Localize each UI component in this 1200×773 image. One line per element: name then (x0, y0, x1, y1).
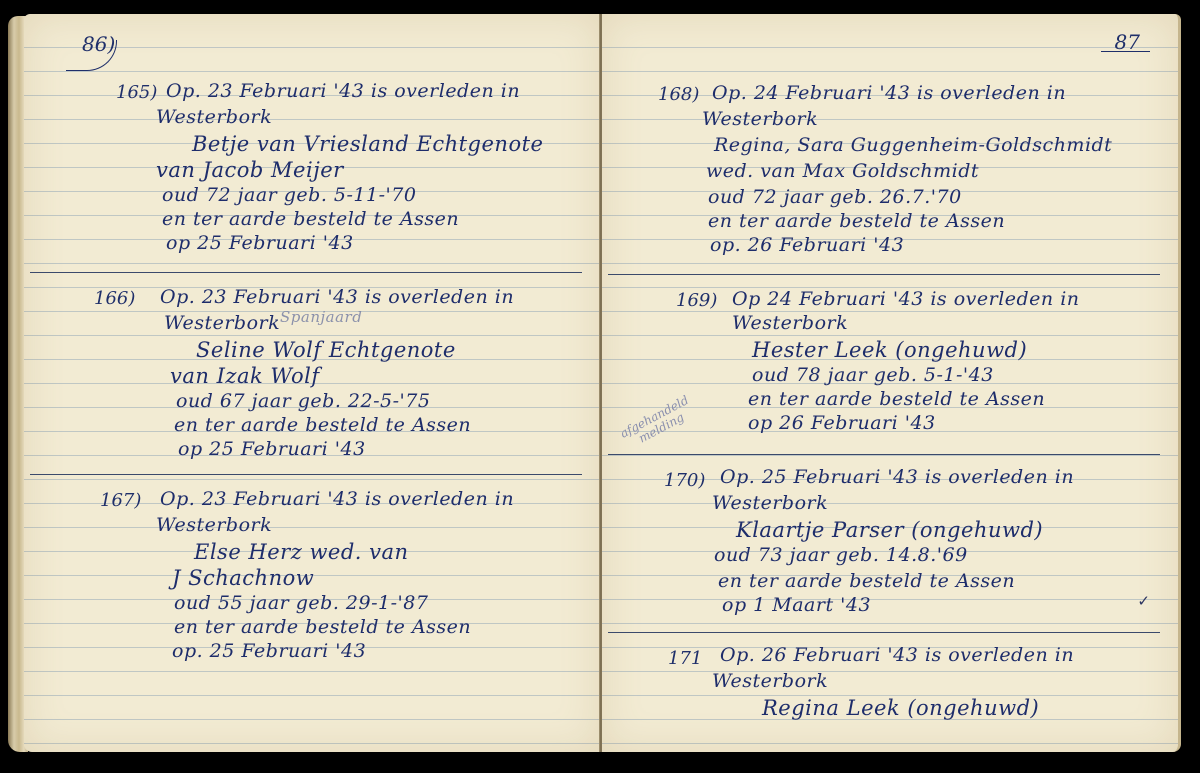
entry-spouse: wed. van Max Goldschmidt (706, 160, 979, 182)
entry-age-birth: oud 78 jaar geb. 5-1-'43 (752, 364, 994, 386)
entry-age-birth: oud 73 jaar geb. 14.8.'69 (714, 544, 968, 566)
entry-number: 166) (94, 288, 135, 309)
entry-age-birth: oud 55 jaar geb. 29-1-'87 (174, 592, 428, 614)
entry-line: Op. 23 Februari '43 is overleden in (166, 80, 520, 102)
entry-burial-date: op. 25 Februari '43 (172, 640, 366, 662)
right-page: 87 168) Op. 24 Februari '43 is overleden… (602, 14, 1181, 752)
entry-line: Westerbork (712, 670, 828, 692)
entry-burial-date: op. 26 Februari '43 (710, 234, 904, 256)
entry-number: 171 (668, 648, 702, 669)
entry-line: Westerbork (156, 514, 272, 536)
entry-burial: en ter aarde besteld te Assen (162, 208, 459, 230)
entry-burial: en ter aarde besteld te Assen (718, 570, 1015, 592)
entry-burial-date: op 26 Februari '43 (748, 412, 936, 434)
entry-spouse: van Jacob Meijer (156, 158, 344, 182)
entry-spouse: van Izak Wolf (170, 364, 320, 388)
entry-age-birth: oud 72 jaar geb. 26.7.'70 (708, 186, 962, 208)
entry-age-birth: oud 72 jaar geb. 5-11-'70 (162, 184, 416, 206)
entry-divider (30, 474, 582, 475)
entry-burial: en ter aarde besteld te Assen (748, 388, 1045, 410)
entry-name: Seline Wolf Echtgenote (196, 338, 456, 362)
entry-insertion: Spanjaard (280, 308, 362, 326)
entry-name: Hester Leek (ongehuwd) (752, 338, 1027, 362)
entry-line: Op. 25 Februari '43 is overleden in (720, 466, 1074, 488)
entry-burial: en ter aarde besteld te Assen (174, 616, 471, 638)
entry-name: Regina, Sara Guggenheim-Goldschmidt (714, 134, 1112, 156)
entry-burial: en ter aarde besteld te Assen (174, 414, 471, 436)
entry-divider (608, 274, 1160, 275)
entry-age-birth: oud 67 jaar geb. 22-5-'75 (176, 390, 430, 412)
entry-divider (608, 632, 1160, 633)
entry-name: Betje van Vriesland Echtgenote (192, 132, 543, 156)
entry-line: Westerbork (164, 312, 280, 334)
entry-burial-date: op 25 Februari '43 (166, 232, 354, 254)
entry-line: Op. 23 Februari '43 is overleden in (160, 286, 514, 308)
entry-name: Else Herz wed. van (194, 540, 409, 564)
entry-divider (608, 454, 1160, 455)
entry-name: Regina Leek (ongehuwd) (762, 696, 1039, 720)
entry-number: 165) (116, 82, 157, 103)
margin-annotation: afgehandeld melding (618, 394, 697, 452)
entry-line: Op. 26 Februari '43 is overleden in (720, 644, 1074, 666)
left-page: 86) 165) Op. 23 Februari '43 is overlede… (24, 14, 600, 752)
entry-line: Westerbork (712, 492, 828, 514)
entry-line: Op. 23 Februari '43 is overleden in (160, 488, 514, 510)
entry-spouse: J Schachnow (172, 566, 314, 590)
entry-number: 168) (658, 84, 699, 105)
entry-number: 169) (676, 290, 717, 311)
entry-line: Op. 24 Februari '43 is overleden in (712, 82, 1066, 104)
entry-line: Westerbork (732, 312, 848, 334)
page-number-left: 86) (82, 32, 115, 56)
entry-burial: en ter aarde besteld te Assen (708, 210, 1005, 232)
entry-name: Klaartje Parser (ongehuwd) (736, 518, 1043, 542)
page-number-right: 87 (1115, 30, 1140, 54)
checkmark-icon: ✓ (1137, 592, 1150, 610)
entry-line: Op 24 Februari '43 is overleden in (732, 288, 1080, 310)
entry-burial-date: op 1 Maart '43 (722, 594, 871, 616)
entry-line: Westerbork (156, 106, 272, 128)
entry-line: Westerbork (702, 108, 818, 130)
entry-number: 167) (100, 490, 141, 511)
entry-divider (30, 272, 582, 273)
entry-number: 170) (664, 470, 705, 491)
entry-burial-date: op 25 Februari '43 (178, 438, 366, 460)
